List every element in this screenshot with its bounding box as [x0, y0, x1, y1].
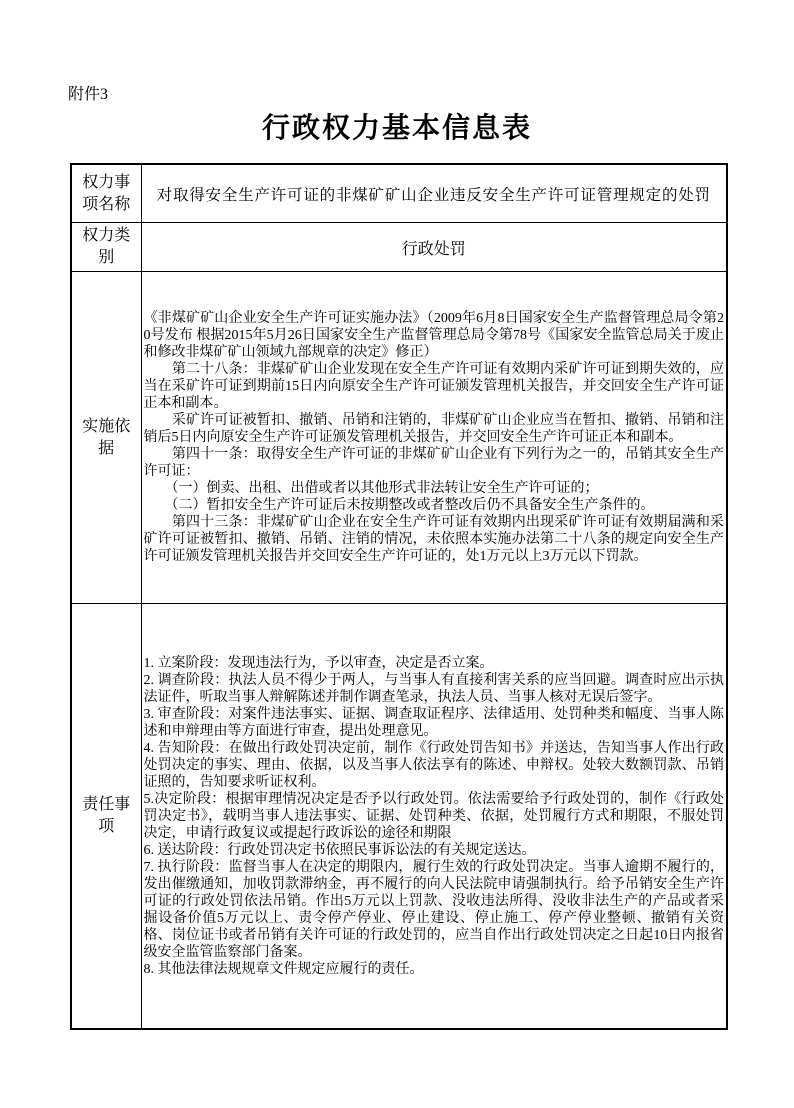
row-header-responsibility-items: 责任事 项: [71, 604, 141, 1030]
row-header-power-category: 权力类 别: [71, 223, 141, 272]
table-row-power-category: 权力类 别 行政处罚: [71, 223, 727, 272]
table-row-implementation-basis: 实施依 据 《非煤矿矿山企业安全生产许可证实施办法》（2009年6月8日国家安全…: [71, 272, 727, 604]
attachment-label: 附件3: [68, 86, 108, 104]
row-value-power-category: 行政处罚: [141, 223, 727, 272]
row-value-power-item-name: 对取得安全生产许可证的非煤矿矿山企业违反安全生产许可证管理规定的处罚: [141, 164, 727, 223]
row-header-implementation-basis: 实施依 据: [71, 272, 141, 604]
page-title: 行政权力基本信息表: [0, 110, 794, 148]
row-value-responsibility-items: 1. 立案阶段：发现违法行为，予以审查，决定是否立案。 2. 调查阶段：执法人员…: [141, 604, 727, 1030]
document-page: { "document": { "attachment_label": "附件3…: [0, 0, 794, 1108]
table-row-power-item-name: 权力事 项名称 对取得安全生产许可证的非煤矿矿山企业违反安全生产许可证管理规定的…: [71, 164, 727, 223]
admin-power-info-table: 权力事 项名称 对取得安全生产许可证的非煤矿矿山企业违反安全生产许可证管理规定的…: [70, 163, 728, 1030]
row-value-implementation-basis: 《非煤矿矿山企业安全生产许可证实施办法》（2009年6月8日国家安全生产监督管理…: [141, 272, 727, 604]
row-header-power-item-name: 权力事 项名称: [71, 164, 141, 223]
table-row-responsibility-items: 责任事 项 1. 立案阶段：发现违法行为，予以审查，决定是否立案。 2. 调查阶…: [71, 604, 727, 1030]
